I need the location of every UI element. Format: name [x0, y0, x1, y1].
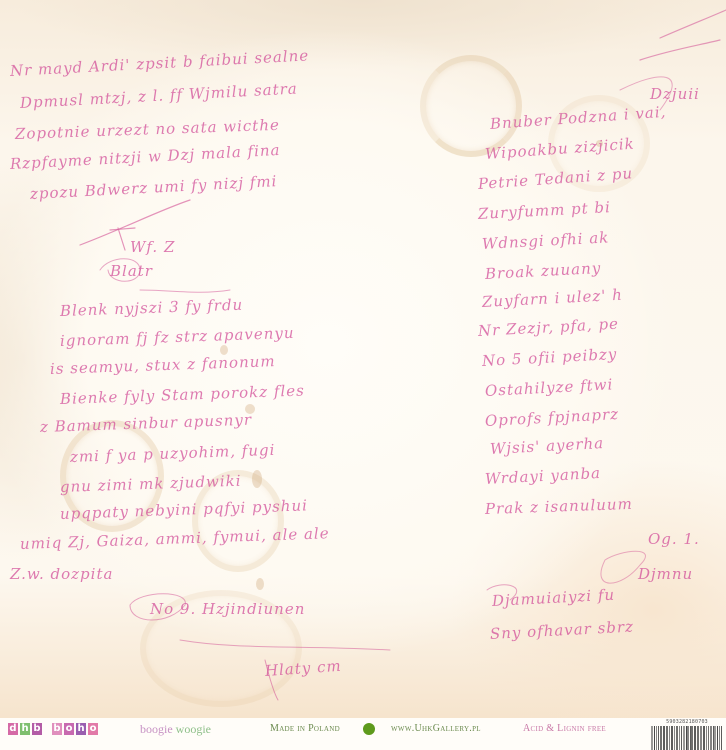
acid-free-label: Acid & Lignin free [523, 723, 606, 734]
website-url: www.UhkGallery.pl [391, 723, 481, 734]
logo-letter-tile: o [64, 723, 74, 735]
globe-icon [363, 723, 375, 735]
logo-letter-tile: h [20, 723, 30, 735]
handwriting-line: Blatr [110, 262, 153, 280]
product-footer-strip: dhbboho boogie woogie Made in Poland www… [0, 718, 726, 750]
made-in-label: Made in Poland [270, 723, 340, 734]
barcode-digits: 5903282180703 [651, 719, 723, 725]
handwriting-line: Wf. Z [130, 238, 175, 256]
logo-letter-tile: b [52, 723, 62, 735]
logo-letter-tile: d [8, 723, 18, 735]
handwriting-line: Og. 1. [648, 530, 700, 548]
collection-name-part2: woogie [176, 722, 211, 736]
collection-name-part1: boogie [140, 722, 176, 736]
barcode: 5903282180703 [651, 719, 723, 750]
logo-letter-tile: o [88, 723, 98, 735]
handwriting-line: Z.w. dozpita [10, 565, 113, 583]
scrapbook-paper: Nr mayd Ardi' zpsit b faibui sealne Dpmu… [0, 0, 726, 718]
brand-logo: dhbboho [8, 723, 98, 735]
handwriting-line: Djmnu [638, 565, 693, 583]
collection-name: boogie woogie [140, 722, 211, 737]
handwriting-line: No 9. Hzjindiunen [150, 600, 305, 618]
barcode-bars [651, 726, 723, 750]
logo-letter-tile: h [76, 723, 86, 735]
logo-letter-tile: b [32, 723, 42, 735]
handwriting-line: Dzjuii [650, 85, 700, 103]
